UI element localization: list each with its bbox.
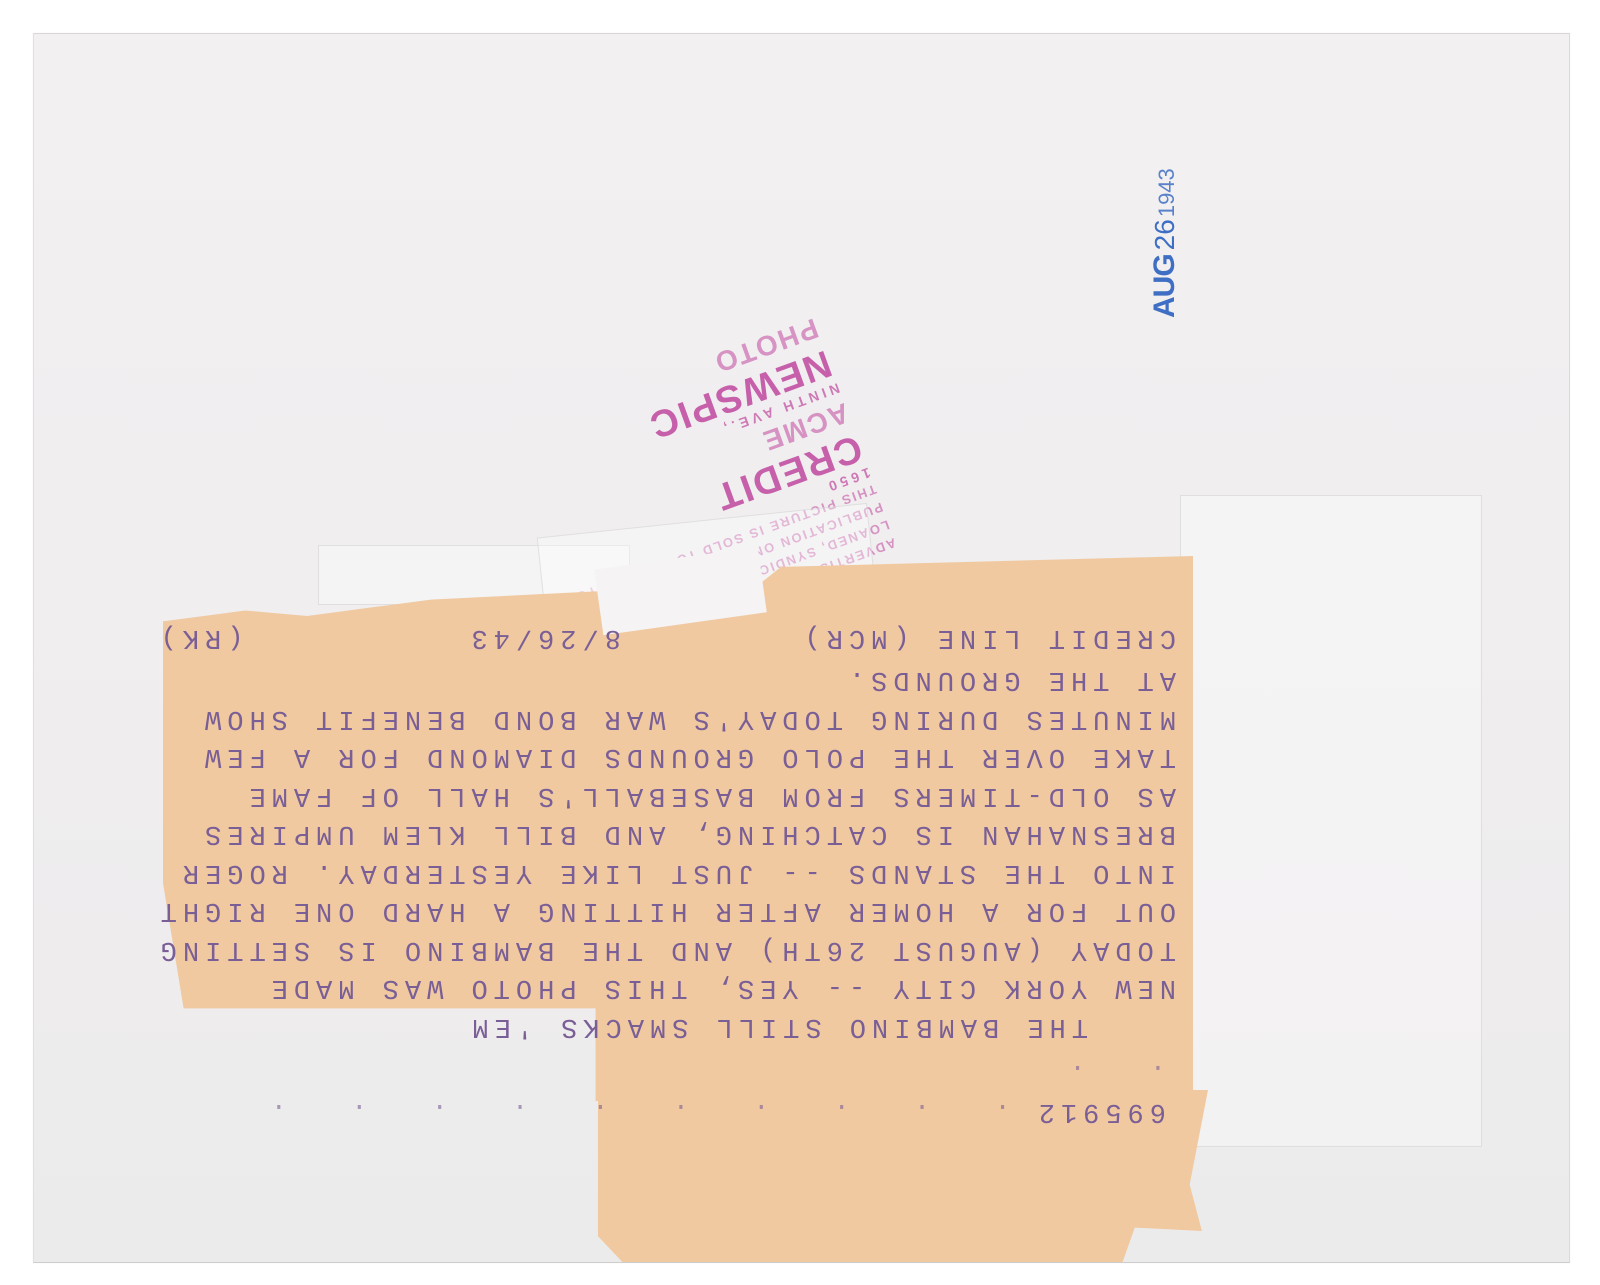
- date-stamp-year: 1943: [1154, 168, 1179, 217]
- caption-date-code: 8/26/43: [466, 622, 621, 652]
- caption-initials: (RK): [155, 622, 244, 652]
- caption-body-line: INTO THE STANDS -- JUST LIKE YESTERDAY. …: [190, 853, 1190, 892]
- clear-tape-strip: [1180, 495, 1482, 1147]
- date-stamp-month: AUG: [1148, 254, 1181, 318]
- caption-number-row: 695912 . . . . . . . . . . . .: [190, 1053, 1190, 1130]
- caption-text: 695912 . . . . . . . . . . . . THE BAMBI…: [190, 570, 1190, 1130]
- caption-dots: . . . . . . . . . . . .: [247, 1058, 1166, 1127]
- caption-body-line: OUT FOR A HOMER AFTER HITTING A HARD ONE…: [190, 891, 1190, 930]
- date-stamp-day: 26: [1149, 219, 1180, 250]
- caption-body-line: TAKE OVER THE POLO GROUNDS DIAMOND FOR A…: [190, 737, 1190, 776]
- caption-footer: CREDIT LINE (MCR) 8/26/43 (RK): [190, 618, 1190, 657]
- caption-body-line: NEW YORK CITY -- YES, THIS PHOTO WAS MAD…: [190, 968, 1190, 1007]
- caption-body-line: MINUTES DURING TODAY'S WAR BOND BENEFIT …: [190, 699, 1190, 738]
- caption-number: 695912: [1033, 1096, 1166, 1126]
- caption-body-line: AS OLD-TIMERS FROM BASEBALL'S HALL OF FA…: [190, 776, 1190, 815]
- date-stamp: AUG261943: [1148, 168, 1182, 318]
- caption-body-line: TODAY (AUGUST 26TH) AND THE BAMBINO IS S…: [190, 930, 1190, 969]
- caption-body-line: BRESNAHAN IS CATCHING, AND BILL KLEM UMP…: [190, 814, 1190, 853]
- caption-body-line: AT THE GROUNDS.: [190, 660, 1190, 699]
- caption-credit-line: CREDIT LINE (MCR): [799, 622, 1190, 652]
- caption-title: THE BAMBINO STILL SMACKS 'EM: [190, 1007, 1190, 1046]
